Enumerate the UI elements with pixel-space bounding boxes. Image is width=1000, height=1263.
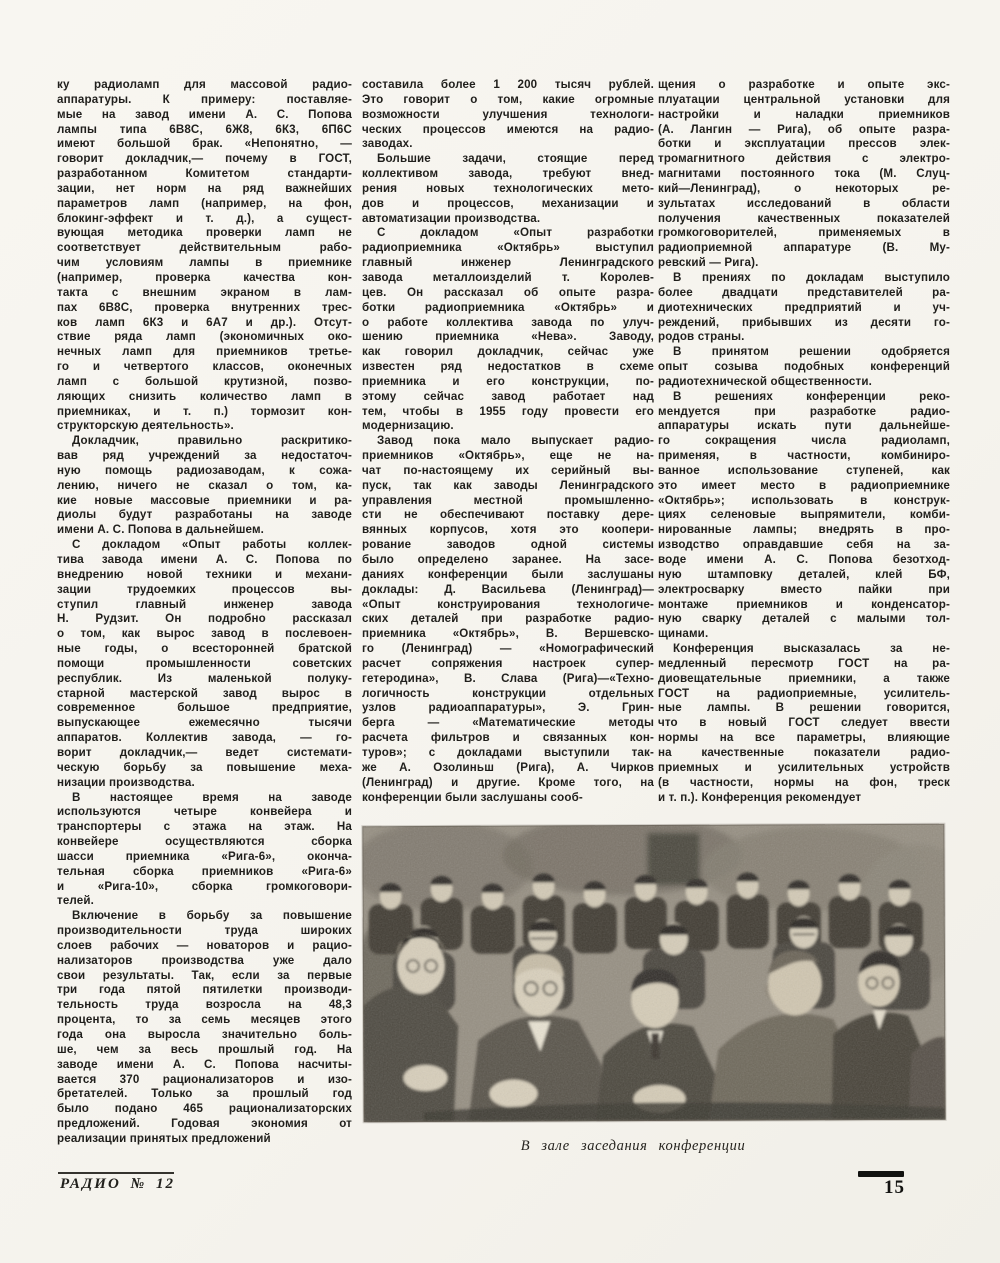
text-line: мые на завод имени А. С. Попова [57, 108, 352, 123]
text-line: зации трудоемких процессов вы- [57, 583, 352, 598]
text-line: ворит докладчик,— ведет системати- [57, 746, 352, 761]
text-line: завода металлоизделий т. Королев- [362, 271, 654, 286]
text-line: ную штамповку деталей, клей БФ, [658, 568, 950, 583]
text-line: главный инженер Ленинградского [362, 256, 654, 271]
text-line: было подано 465 рационализаторских [57, 1102, 352, 1117]
text-line: три года пятой пятилетки производи- [57, 983, 352, 998]
text-line: известен ряд недостатков в схеме [362, 360, 654, 375]
text-line: заводе имени А. С. Попова насчиты- [57, 1058, 352, 1073]
text-line: свои результаты. Так, если за первые [57, 969, 352, 984]
text-line: диолы будут разработаны на заводе [57, 508, 352, 523]
text-line: вующая методика проверки ламп не [57, 226, 352, 241]
text-line: параметров ламп (например, на фон, [57, 197, 352, 212]
text-line: используются четыре конвейера и [57, 805, 352, 820]
text-line: медленный пересмотр ГОСТ на ра- [658, 657, 950, 672]
text-line: изводство оправдавшие себя на за- [658, 538, 950, 553]
text-line: управления местной промышленно- [362, 494, 654, 509]
text-line: ную сварку деталей с малыми тол- [658, 612, 950, 627]
text-line: го и четвертого классов, оконечных [57, 360, 352, 375]
conference-photo-graphic [362, 824, 945, 1123]
text-line: блокинг-эффект и т. д.), а сущест- [57, 212, 352, 227]
text-line: аппаратуры. К примеру: поставляе- [57, 93, 352, 108]
text-line: ГОСТ на радиоприемные, усилитель- [658, 687, 950, 702]
text-line: ные лампы. В решении говорится, [658, 701, 950, 716]
text-line: В принятом решении одобряется [658, 345, 950, 360]
text-line: радиоприемника «Октябрь» выступил [362, 241, 654, 256]
text-line: имени А. С. Попова в дальнейшем. [57, 523, 352, 538]
text-line: пуск, так как заводы Ленинградского [362, 479, 654, 494]
text-line: тива завода имени А. С. Попова по [57, 553, 352, 568]
text-line: ку радиоламп для массовой радио- [57, 78, 352, 93]
text-column-3: щения о разработке и опыте экс-плуатации… [658, 78, 950, 805]
text-line: реждений, прибывших из десяти го- [658, 316, 950, 331]
text-line: зации, нет норм на ряд важнейших [57, 182, 352, 197]
text-line: имеют большой брак. «Непонятно, — [57, 137, 352, 152]
text-line: это имеет место в радиоприемнике [658, 479, 950, 494]
magazine-issue-label: РАДИО № 12 [60, 1176, 175, 1193]
text-line: кие новые массовые приемники и ра- [57, 494, 352, 509]
text-line: получения качественных показателей [658, 212, 950, 227]
text-line: же А. Озолиньш (Рига), А. Чирков [362, 761, 654, 776]
text-line: вянных корпусов, хотя это коопери- [362, 523, 654, 538]
text-line: шению приемника «Нева». Заводу, [362, 330, 654, 345]
text-line: чат по-настоящему их серийный вы- [362, 464, 654, 479]
text-line: вается 370 рационализаторов и изо- [57, 1073, 352, 1088]
text-line: приемных и усилительных устройств [658, 761, 950, 776]
text-line: низации производства. [57, 776, 352, 791]
text-line: помощи промышленности советских [57, 657, 352, 672]
text-line: В прениях по докладам выступило [658, 271, 950, 286]
text-line: настройки и наладки приемников [658, 108, 950, 123]
text-line: модернизацию. [362, 419, 654, 434]
text-line: ше, чем за весь прошлый год. На [57, 1043, 352, 1058]
text-line: внедрению новой техники и механи- [57, 568, 352, 583]
text-line: приемника и его конструкции, по- [362, 375, 654, 390]
text-line: радиоприемной аппаратуре (В. Му- [658, 241, 950, 256]
text-line: чим условиям лампы в приемнике [57, 256, 352, 271]
text-line: туров»; с докладами выступили так- [362, 746, 654, 761]
text-line: ческих процессов имеются на радио- [362, 123, 654, 138]
photo-caption: В зале заседания конференции [363, 1138, 903, 1155]
text-line: разработанном Комитетом стандарти- [57, 167, 352, 182]
text-line: зультатах исследований в области [658, 197, 950, 212]
text-line: бретателей. Только за прошлый год [57, 1087, 352, 1102]
text-line: ванное использование ступеней, как [658, 464, 950, 479]
footer-rule [58, 1172, 174, 1174]
text-line: приемника «Октябрь», В. Вершевско- [362, 627, 654, 642]
text-line: опыт созыва подобных конференций [658, 360, 950, 375]
text-line: говорит докладчик,— почему в ГОСТ, [57, 152, 352, 167]
text-column-1: ку радиоламп для массовой радио-аппарату… [57, 78, 352, 1147]
text-line: логичность конструкции отдельных [362, 687, 654, 702]
text-line: составила более 1 200 тысяч рублей. [362, 78, 654, 93]
text-line: сти не обеспечивают поставку дере- [362, 508, 654, 523]
text-line: кий—Ленинград), о некоторых ре- [658, 182, 950, 197]
text-line: диотехнических предприятий и уч- [658, 301, 950, 316]
text-line: го (Ленинград) — «Номографический [362, 642, 654, 657]
text-line: современное большое предприятие, [57, 701, 352, 716]
text-line: Н. Рудзит. Он подробно рассказал [57, 612, 352, 627]
text-line: Завод пока мало выпускает радио- [362, 434, 654, 449]
text-line: тромагнитного действия с электро- [658, 152, 950, 167]
text-line: предложений. Годовая экономия от [57, 1117, 352, 1132]
text-line: ламп с большой крутизной, позво- [57, 375, 352, 390]
text-line: мендуется при разработке радио- [658, 405, 950, 420]
text-line: диовещательные приемники, а также [658, 672, 950, 687]
text-line: щинами. [658, 627, 950, 642]
text-line: плуатации центральной установки для [658, 93, 950, 108]
text-line: нечных ламп для приемников третье- [57, 345, 352, 360]
text-line: о работе коллектива завода по улуч- [362, 316, 654, 331]
text-line: ков ламп 6К3 и 6А7 и др.). Отсут- [57, 316, 352, 331]
text-line: (А. Лангин — Рига), об опыте разра- [658, 123, 950, 138]
text-line: нированные лампы; внедрять в про- [658, 523, 950, 538]
text-line: даниях конференции были заслушаны [362, 568, 654, 583]
text-line: воде имени А. С. Попова безотход- [658, 553, 950, 568]
text-line: нализаторов производства уже дало [57, 954, 352, 969]
text-line: «Опыт конструирования технологиче- [362, 598, 654, 613]
text-line: тельная сборка приемников «Рига-6» [57, 865, 352, 880]
text-line: конвейере осуществляются сборка [57, 835, 352, 850]
text-line: циях селеновые выпрямители, комби- [658, 508, 950, 523]
text-line: применяя, в частности, комбиниро- [658, 449, 950, 464]
text-line: ботки и эксплуатации прессов элек- [658, 137, 950, 152]
text-line: го сокращения числа радиоламп, [658, 434, 950, 449]
text-line: ботки радиоприемника «Октябрь» и [362, 301, 654, 316]
text-line: аппаратуры искать пути дальнейше- [658, 419, 950, 434]
text-line: лению, ничего не сказал о том, ка- [57, 479, 352, 494]
text-line: ских деталей при разработке радио- [362, 612, 654, 627]
text-line: ствие ряда ламп (экономичных око- [57, 330, 352, 345]
text-line: приемниках, и т. п.) тормозит кон- [57, 405, 352, 420]
text-line: республик. Из маленькой полуку- [57, 672, 352, 687]
text-line: коллективом завода, требуют внед- [362, 167, 654, 182]
text-line: года она выросла значительно боль- [57, 1028, 352, 1043]
text-line: лампы типа 6В8С, 6Ж8, 6К3, 6П6С [57, 123, 352, 138]
text-line: ную помощь радиозаводам, к сожа- [57, 464, 352, 479]
text-line: как говорил докладчик, сейчас уже [362, 345, 654, 360]
text-line: громкоговорителей, применяемых в [658, 226, 950, 241]
text-line: Докладчик, правильно раскритико- [57, 434, 352, 449]
text-line: более двадцати представителей ра- [658, 286, 950, 301]
text-line: реализации принятых предложений [57, 1132, 352, 1147]
text-line: структорскую деятельность». [57, 419, 352, 434]
text-line: (например, проверка качества кон- [57, 271, 352, 286]
text-line: родов страны. [658, 330, 950, 345]
text-line: Большие задачи, стоящие перед [362, 152, 654, 167]
text-line: гетеродина», В. Слава (Рига)—«Техно- [362, 672, 654, 687]
text-line: С докладом «Опыт работы коллек- [57, 538, 352, 553]
text-line: (Ленинград) и другие. Кроме того, на [362, 776, 654, 791]
text-line: заводах. [362, 137, 654, 152]
text-line: такта с внешним экраном в лам- [57, 286, 352, 301]
text-line: монтаже приемников и конденсатор- [658, 598, 950, 613]
text-line: радиотехнической общественности. [658, 375, 950, 390]
text-line: (в частности, нормы на фон, треск [658, 776, 950, 791]
text-line: Конференция высказалась за не- [658, 642, 950, 657]
text-line: автоматизации производства. [362, 212, 654, 227]
text-line: В настоящее время на заводе [57, 791, 352, 806]
text-line: щения о разработке и опыте экс- [658, 78, 950, 93]
text-line: рения новых технологических мето- [362, 182, 654, 197]
text-line: Это говорит о том, какие огромные [362, 93, 654, 108]
conference-photo [362, 824, 945, 1123]
text-line: старной мастерской завод вырос в [57, 687, 352, 702]
text-line: на качественные показатели радио- [658, 746, 950, 761]
text-line: о том, как вырос завод в послевоен- [57, 627, 352, 642]
text-line: доклады: Д. Васильева (Ленинград)— [362, 583, 654, 598]
text-line: конференции были заслушаны сооб- [362, 791, 654, 806]
text-line: и т. п.). Конференция рекомендует [658, 791, 950, 806]
text-line: возможности улучшения технологи- [362, 108, 654, 123]
text-line: С докладом «Опыт разработки [362, 226, 654, 241]
text-line: электросварку вместо пайки при [658, 583, 950, 598]
text-line: берга — «Математические методы [362, 716, 654, 731]
text-line: и «Рига-10», сборка громкоговори- [57, 880, 352, 895]
text-line: ные годы, о всесторонней братской [57, 642, 352, 657]
text-line: телей. [57, 894, 352, 909]
text-line: производительности труда широких [57, 924, 352, 939]
text-line: было определено заранее. На засе- [362, 553, 654, 568]
text-line: выпускающее ежемесячно тысячи [57, 716, 352, 731]
text-line: Включение в борьбу за повышение [57, 909, 352, 924]
text-line: этому сейчас завод работает над [362, 390, 654, 405]
magazine-page: ку радиоламп для массовой радио-аппарату… [0, 0, 1000, 1263]
text-line: транспортеры с этажа на этаж. На [57, 820, 352, 835]
text-line: ревский — Рига). [658, 256, 950, 271]
text-line: процента, то за семь месяцев этого [57, 1013, 352, 1028]
text-line: вав ряд учреждений за недостаточ- [57, 449, 352, 464]
text-line: тельность труда возросла на 48,3 [57, 998, 352, 1013]
text-line: расчет сопряжения настроек супер- [362, 657, 654, 672]
text-line: что в новый ГОСТ следует ввести [658, 716, 950, 731]
text-line: пах 6В8С, проверка внутренних трес- [57, 301, 352, 316]
text-line: В решениях конференции реко- [658, 390, 950, 405]
text-line: соответствует действительным рабо- [57, 241, 352, 256]
text-line: магнитами постоянного тока (М. Слуц- [658, 167, 950, 182]
text-line: шасси приемника «Рига-6», оконча- [57, 850, 352, 865]
text-line: дов и процессов, механизации и [362, 197, 654, 212]
text-line: слоев рабочих — новаторов и рацио- [57, 939, 352, 954]
text-line: тем, чтобы в 1955 году провести его [362, 405, 654, 420]
text-line: нормы на все параметры, влияющие [658, 731, 950, 746]
text-line: цев. Он рассказал об опыте разра- [362, 286, 654, 301]
text-line: «Октябрь»; использовать в конструк- [658, 494, 950, 509]
text-column-2: составила более 1 200 тысяч рублей.Это г… [362, 78, 654, 805]
page-number: 15 [875, 1177, 905, 1199]
text-line: ческую борьбу за повышение меха- [57, 761, 352, 776]
text-line: приемников «Октябрь», еще не на- [362, 449, 654, 464]
text-line: ступил главный инженер завода [57, 598, 352, 613]
text-line: ляющих снизить количество ламп в [57, 390, 352, 405]
text-line: узлов радиоаппаратуры», Э. Грин- [362, 701, 654, 716]
text-line: расчета фильтров и связанных кон- [362, 731, 654, 746]
text-line: аппаратов. Коллектив завода, — го- [57, 731, 352, 746]
text-line: рование заводов одной системы [362, 538, 654, 553]
